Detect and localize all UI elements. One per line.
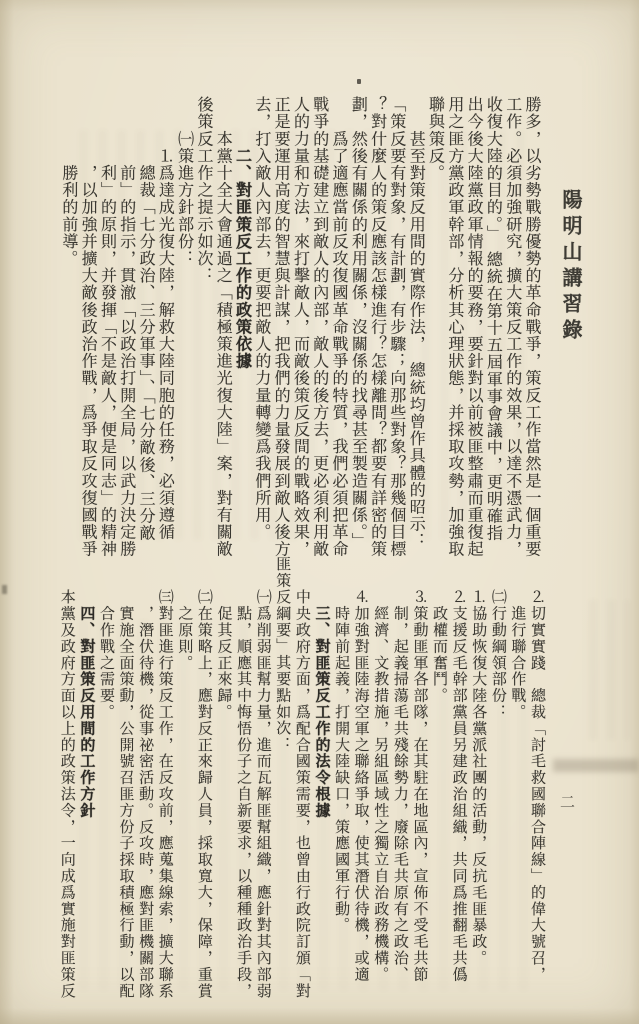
ink-smudge-band bbox=[553, 759, 639, 772]
text-column: ⒊策動匪軍各部隊，在其駐在地區內，宣佈不受毛共節 bbox=[409, 589, 429, 1019]
book-title: 陽明山講習錄 bbox=[556, 189, 585, 345]
text-column: 去，打入敵人內部去，更要把敵人的力量轉變爲我們所用。 bbox=[252, 96, 271, 564]
text-column: ㈢對匪進行策反工作，在反攻前，應蒐集線索，擴大聯系 bbox=[154, 589, 174, 1019]
text-column: 經濟、文教措施，另組區域性之獨立自治政務機構。 bbox=[370, 589, 390, 1019]
text-column: 出今後大陸黨政軍情報的要務，要針對以前被匪整肅而重復起 bbox=[464, 96, 483, 564]
section-heading: 四、對匪策反用間的工作方針 bbox=[76, 589, 96, 1019]
scanned-page: 陽明山講習錄 勝多，以劣勢戰勝優勢的革命戰爭，策反工作當然是一個重要工作。必須加… bbox=[0, 0, 639, 1024]
text-column: 實施全面策動，公開號召匪方份子採取積極行動，以配 bbox=[115, 589, 135, 1019]
text-column: 之原則。 bbox=[174, 589, 194, 1019]
text-column: ⒋加強對匪陸海空軍之聯絡爭取，使其潛伏待機，或適 bbox=[350, 589, 370, 1019]
text-column: ⒉切實實踐 總裁「討毛救國聯合陣線」的偉大號召， bbox=[526, 589, 546, 1019]
text-column: ㈠策進方針部份： bbox=[174, 96, 193, 564]
section-heading: 三、對匪策反工作的法令根據 bbox=[311, 589, 331, 1019]
text-column: 聯與策反。 bbox=[425, 96, 444, 564]
text-column: 匪策反綱要」其要點如次： bbox=[272, 556, 292, 986]
text-column: 工作。必須加強研究，擴大策反工作的效果，以達不憑武力， bbox=[502, 96, 521, 564]
text-column: 本黨及政府方面以上的政策法令，一向成爲實施對匪策反 bbox=[56, 589, 76, 1019]
text-column: 甚至對策反用間的實際作法， 總統均曾作具體的昭示： bbox=[406, 96, 425, 564]
text-column: ㈡在策略上，應對反正來歸人員，採取寬大，保障，重賞 bbox=[193, 589, 213, 1019]
text-column: 戰爭的基礎建立到敵人的內部，敵人的後方去，更必須利用敵 bbox=[309, 96, 328, 564]
text-column: ⒉支援反毛幹部黨員另建政治組織，共同爲推翻毛共僞 bbox=[448, 589, 468, 1019]
text-column: ⒈爲達成光復大陸，解救大陸同胞的任務，必須遵循 bbox=[155, 96, 174, 564]
text-column: 爲了適應當前反攻復國革命戰爭的特質，我們必須把革命 bbox=[329, 96, 348, 564]
text-column: 劃，然後有關係的利用關係，沒關係的找尋甚至製造關係。」 bbox=[348, 96, 367, 564]
text-column: 中央政府方面，爲配合國策需要，也曾由行政院訂頒「對 bbox=[291, 589, 311, 1019]
text-column: 合作戰之需要。 bbox=[95, 589, 115, 1019]
ink-speck bbox=[2, 585, 7, 594]
section-heading: 二、對匪策反工作的政策依據 bbox=[232, 96, 251, 564]
text-column: 前」的指示，貫澈「以政治打開全局，以武力決定勝 bbox=[116, 96, 135, 564]
text-column: ㈠爲削弱匪幫力量，進而瓦解匪幫組織，應針對其內部弱 bbox=[252, 589, 272, 1019]
text-column: 利」的原則，并發揮「不是敵人，便是同志」的精神 bbox=[97, 96, 116, 564]
text-column: 本黨十全大會通過之「積極策進光復大陸」案，對有關敵 bbox=[213, 96, 232, 564]
text-column: 總裁「七分政治、三分軍事」、「七分敵後、三分敵 bbox=[136, 96, 155, 564]
text-column: 政權而奮鬥。 bbox=[428, 589, 448, 1019]
text-column: 後策反工作之提示如次： bbox=[194, 96, 213, 564]
text-column: 勝多，以劣勢戰勝優勢的革命戰爭，策反工作當然是一個重要 bbox=[522, 96, 541, 564]
text-column: 點，順應其中悔悟份子之自新要求，以種種政治手段， bbox=[233, 589, 253, 1019]
text-column: ，潛伏待機，從事祕密活動。反攻時，應對匪機關部隊 bbox=[135, 589, 155, 1019]
text-column: 制，起義掃蕩毛共殘餘勢力，廢除毛共原有之政治、 bbox=[389, 589, 409, 1019]
text-column: 正是要運用高度的智慧與計謀，把我們的力量發展到敵人後方 bbox=[271, 96, 290, 564]
text-column: 人的力量和方法，來打擊敵人，而敵後策反反間的戰略效果， bbox=[290, 96, 309, 564]
text-column: ⒈協助恢復大陸各黨派社團的活動，反抗毛匪暴政。 bbox=[468, 589, 488, 1019]
bottom-text-block: ⒉切實實踐 總裁「討毛救國聯合陣線」的偉大號召， 進行聯合作戰。㈡行動綱領部份：… bbox=[54, 589, 546, 1019]
top-text-block: 勝多，以劣勢戰勝優勢的革命戰爭，策反工作當然是一個重要工作。必須加強研究，擴大策… bbox=[57, 96, 541, 564]
text-column: 進行聯合作戰。 bbox=[507, 589, 527, 1019]
text-column: ？對什麼人的策反應該怎樣進行？怎樣離間？都要有詳密的策 bbox=[367, 96, 386, 564]
text-column: 收復大陸的目的。」 總統在第十五屆軍事會議中，更明確指 bbox=[483, 96, 502, 564]
text-column: 時陣前起義，打開大陸缺口，策應國軍行動。 bbox=[330, 589, 350, 1019]
page-number: 二 bbox=[556, 794, 577, 809]
bleed-through-ghost bbox=[589, 600, 629, 740]
text-column: 促其反正來歸。 bbox=[213, 589, 233, 1019]
text-column: ，以加強并擴大敵後政治作戰，爲爭取反攻復國戰爭 bbox=[78, 96, 97, 564]
ink-speck bbox=[357, 79, 361, 84]
text-column: 用之匪方黨政軍幹部，分析其心理狀態，并採取攻勢，加強取 bbox=[445, 96, 464, 564]
text-column: ㈡行動綱領部份： bbox=[487, 589, 507, 1019]
text-column: 勝利的前導。 bbox=[59, 96, 78, 564]
text-column: 「策反要有對象，有計劃，有步驟；向那些對象？那幾個目標 bbox=[387, 96, 406, 564]
